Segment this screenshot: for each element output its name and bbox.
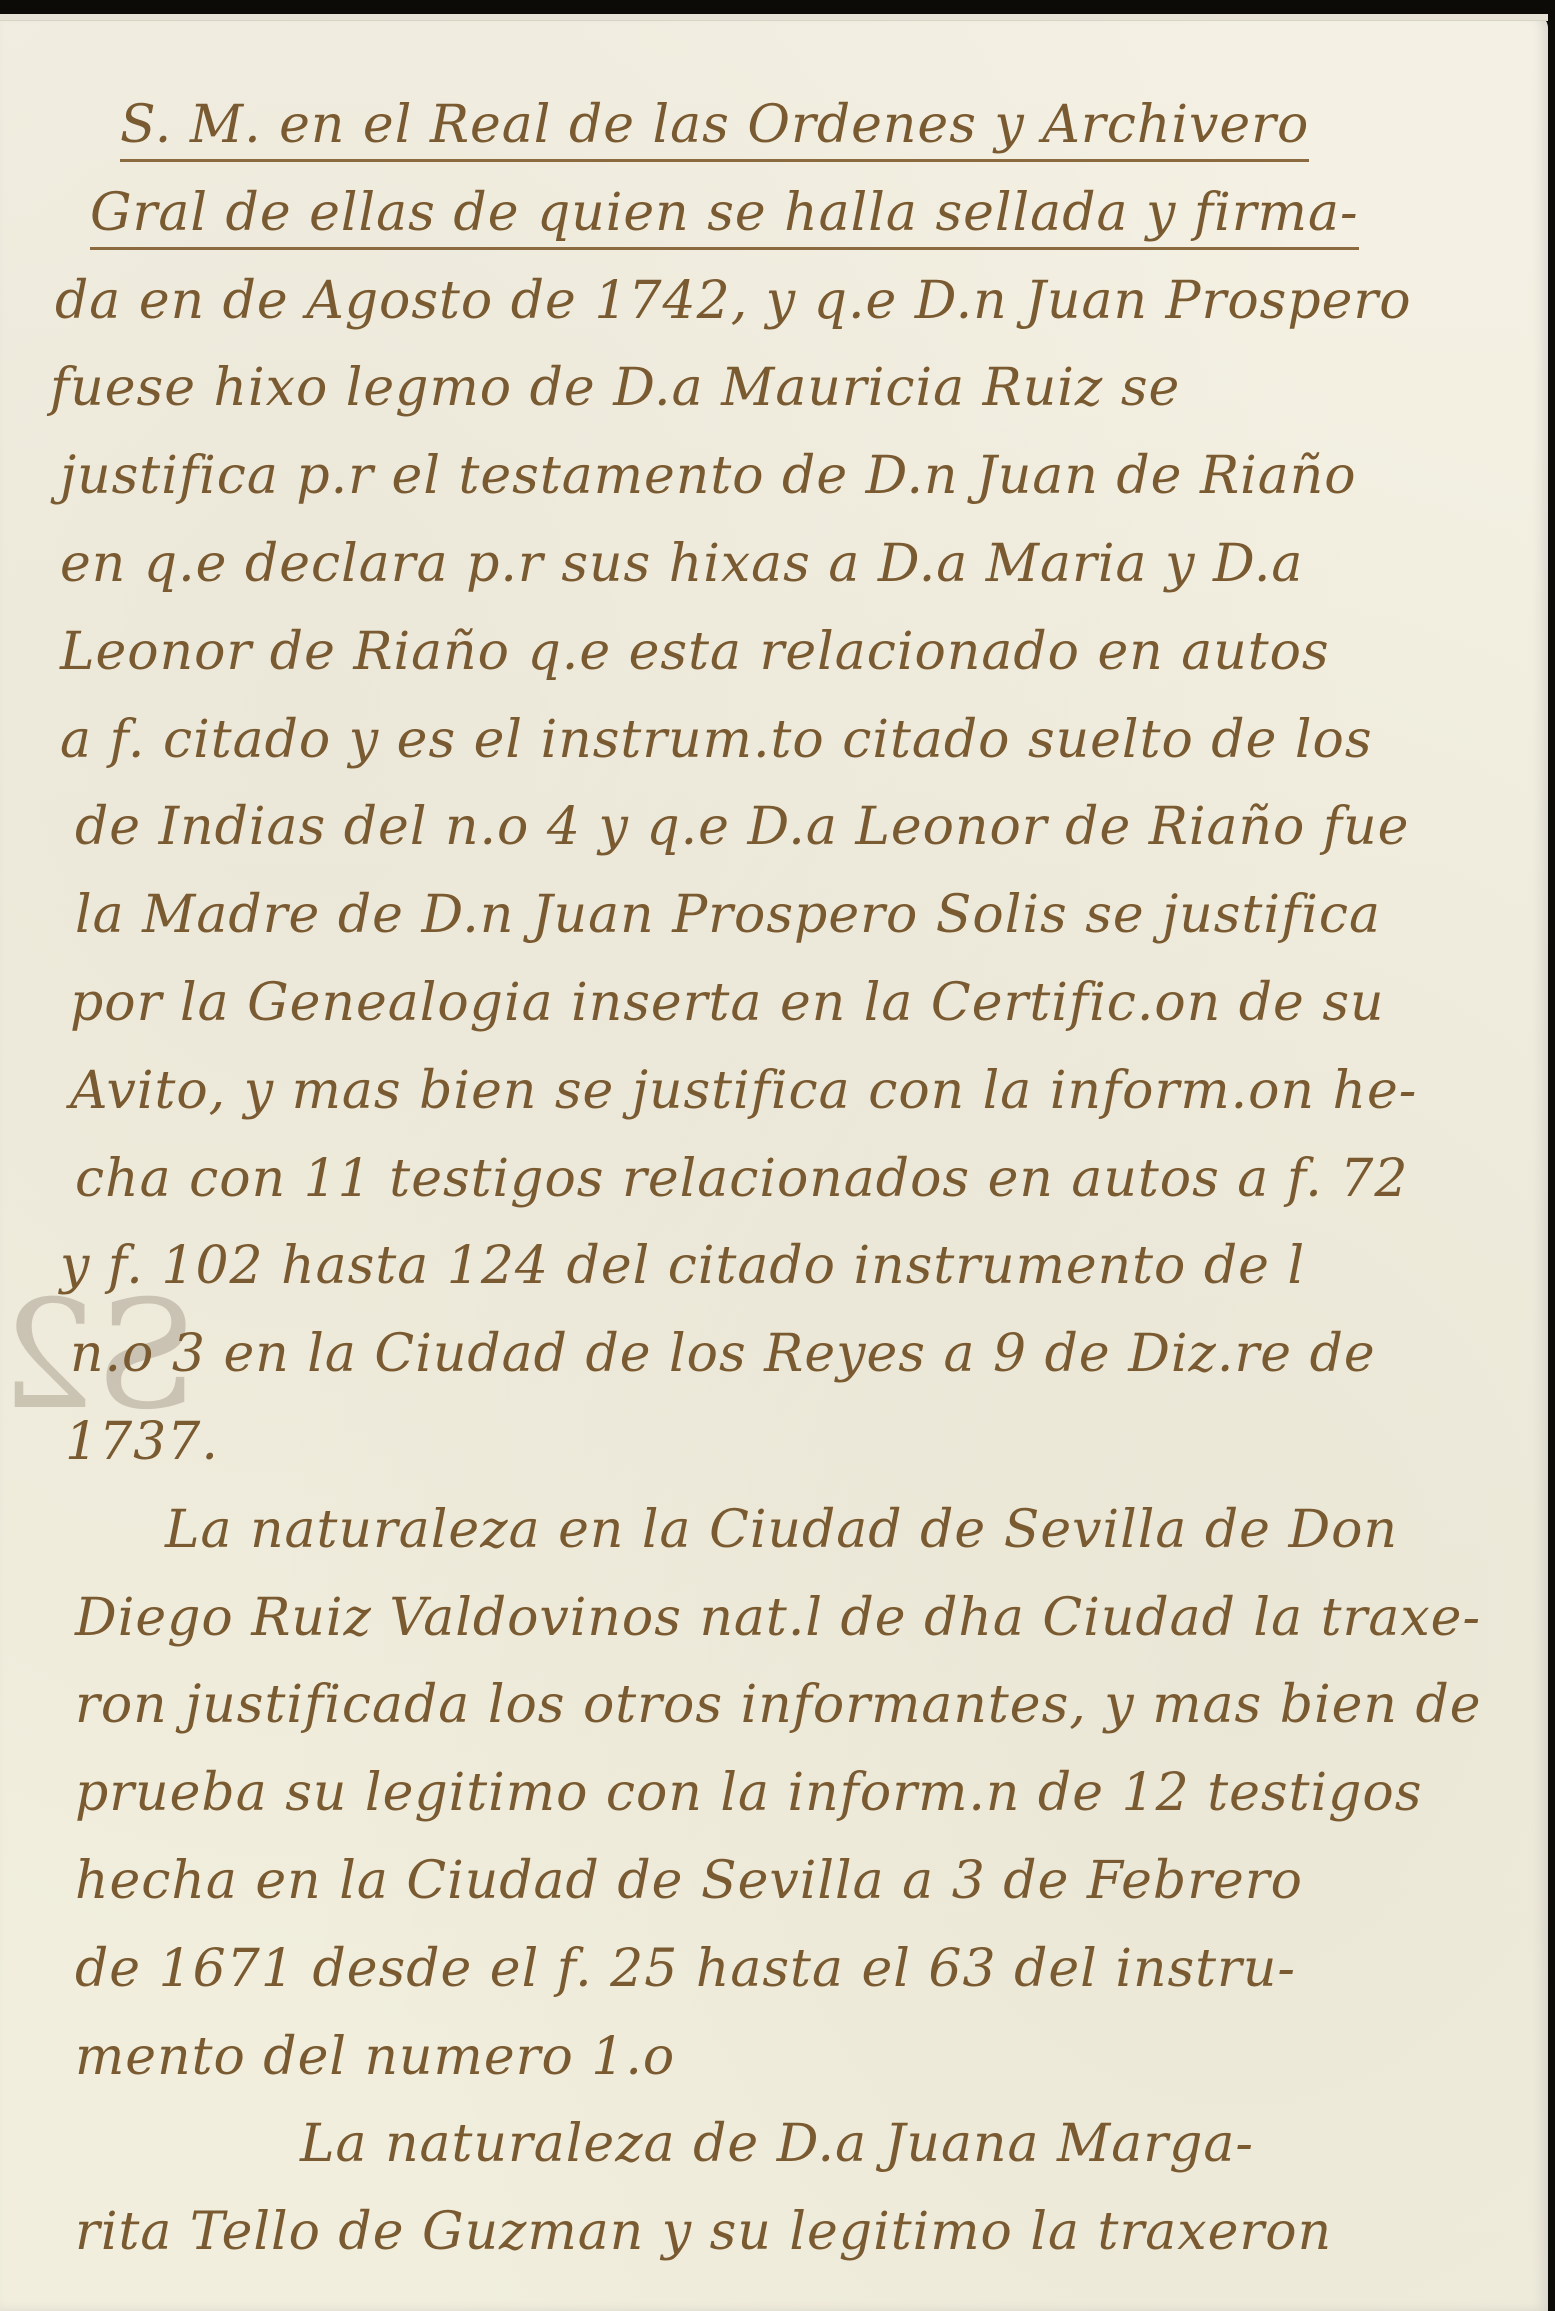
manuscript-line-text: mento del numero 1.o (75, 2027, 675, 2087)
manuscript-line-text: S. M. en el Real de las Ordenes y Archiv… (120, 95, 1309, 162)
manuscript-line-text: en q.e declara p.r sus hixas a D.a Maria… (60, 534, 1303, 594)
manuscript-line: Diego Ruiz Valdovinos nat.l de dha Ciuda… (75, 1588, 1481, 1648)
manuscript-line-text: y f. 102 hasta 124 del citado instrument… (60, 1236, 1305, 1296)
manuscript-line: Gral de ellas de quien se halla sellada … (90, 183, 1359, 243)
manuscript-line-text: Leonor de Riaño q.e esta relacionado en … (60, 622, 1330, 682)
manuscript-line-text: por la Genealogia inserta en la Certific… (70, 973, 1385, 1033)
manuscript-line: a f. citado y es el instrum.to citado su… (60, 710, 1373, 770)
manuscript-line: cha con 11 testigos relacionados en auto… (75, 1149, 1408, 1209)
manuscript-line-text: La naturaleza de D.a Juana Marga- (300, 2114, 1254, 2174)
manuscript-line-text: n.o 3 en la Ciudad de los Reyes a 9 de D… (70, 1324, 1376, 1384)
manuscript-line: y f. 102 hasta 124 del citado instrument… (60, 1236, 1305, 1296)
manuscript-line: mento del numero 1.o (75, 2027, 675, 2087)
manuscript-line: en q.e declara p.r sus hixas a D.a Maria… (60, 534, 1303, 594)
manuscript-line-text: ron justificada los otros informantes, y… (75, 1675, 1482, 1735)
manuscript-line: ron justificada los otros informantes, y… (75, 1675, 1482, 1735)
manuscript-line-text: de 1671 desde el f. 25 hasta el 63 del i… (75, 1939, 1296, 1999)
manuscript-line: justifica p.r el testamento de D.n Juan … (60, 446, 1357, 506)
manuscript-line: Leonor de Riaño q.e esta relacionado en … (60, 622, 1330, 682)
manuscript-line-text: de Indias del n.o 4 y q.e D.a Leonor de … (75, 797, 1409, 857)
manuscript-line-text: cha con 11 testigos relacionados en auto… (75, 1149, 1408, 1209)
manuscript-line-text: justifica p.r el testamento de D.n Juan … (60, 446, 1357, 506)
manuscript-line: la Madre de D.n Juan Prospero Solis se j… (75, 885, 1381, 945)
manuscript-line: Avito, y mas bien se justifica con la in… (70, 1061, 1417, 1121)
manuscript-line: hecha en la Ciudad de Sevilla a 3 de Feb… (75, 1851, 1303, 1911)
manuscript-line-text: Avito, y mas bien se justifica con la in… (70, 1061, 1417, 1121)
manuscript-line: 1737. (65, 1412, 219, 1472)
manuscript-line-text: hecha en la Ciudad de Sevilla a 3 de Feb… (75, 1851, 1303, 1911)
manuscript-line-text: Gral de ellas de quien se halla sellada … (90, 183, 1359, 250)
manuscript-line-text: rita Tello de Guzman y su legitimo la tr… (75, 2202, 1332, 2262)
manuscript-line-text: da en de Agosto de 1742, y q.e D.n Juan … (55, 271, 1412, 331)
manuscript-line-text: La naturaleza en la Ciudad de Sevilla de… (165, 1500, 1398, 1560)
manuscript-line: La naturaleza en la Ciudad de Sevilla de… (165, 1500, 1398, 1560)
manuscript-line: por la Genealogia inserta en la Certific… (70, 973, 1385, 1033)
manuscript-line-text: 1737. (65, 1412, 219, 1472)
manuscript-line-text: la Madre de D.n Juan Prospero Solis se j… (75, 885, 1381, 945)
manuscript-line: de 1671 desde el f. 25 hasta el 63 del i… (75, 1939, 1296, 1999)
manuscript-line-text: prueba su legitimo con la inform.n de 12… (75, 1763, 1422, 1823)
manuscript-line: de Indias del n.o 4 y q.e D.a Leonor de … (75, 797, 1409, 857)
manuscript-line: rita Tello de Guzman y su legitimo la tr… (75, 2202, 1332, 2262)
manuscript-line-text: a f. citado y es el instrum.to citado su… (60, 710, 1373, 770)
manuscript-line-text: Diego Ruiz Valdovinos nat.l de dha Ciuda… (75, 1588, 1481, 1648)
manuscript-line-text: fuese hixo legmo de D.a Mauricia Ruiz se (50, 358, 1180, 418)
manuscript-line: da en de Agosto de 1742, y q.e D.n Juan … (55, 271, 1412, 331)
manuscript-line: prueba su legitimo con la inform.n de 12… (75, 1763, 1422, 1823)
manuscript-line: La naturaleza de D.a Juana Marga- (300, 2114, 1254, 2174)
manuscript-line: fuese hixo legmo de D.a Mauricia Ruiz se (50, 358, 1180, 418)
manuscript-line: S. M. en el Real de las Ordenes y Archiv… (120, 95, 1309, 155)
manuscript-line: n.o 3 en la Ciudad de los Reyes a 9 de D… (70, 1324, 1376, 1384)
